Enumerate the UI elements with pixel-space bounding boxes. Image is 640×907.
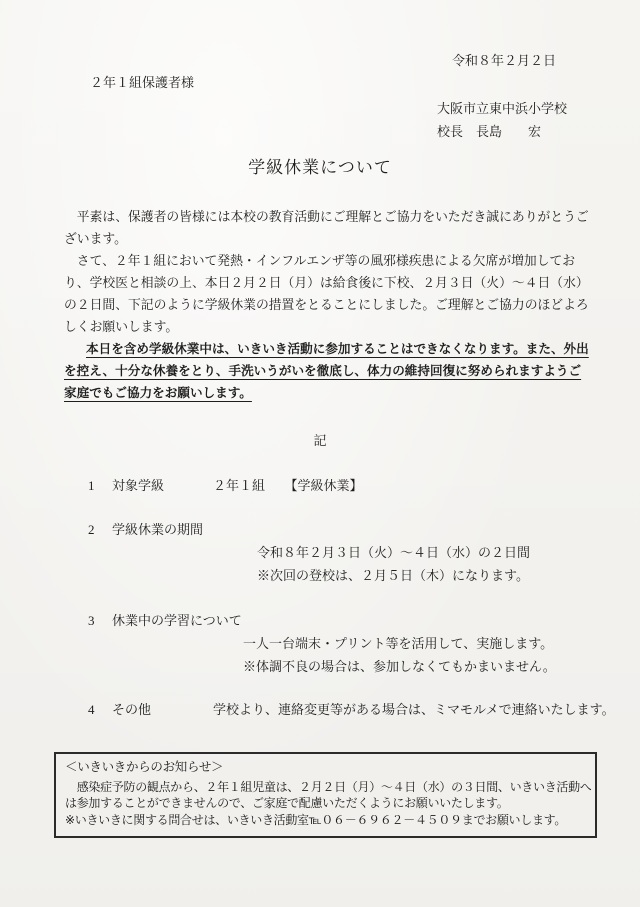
item-detail-line: 令和８年２月３日（火）～４日（水）の２日間	[257, 542, 530, 565]
item-detail-lines: 令和８年２月３日（火）～４日（水）の２日間 ※次回の登校は、２月５日（木）になり…	[88, 542, 530, 587]
scanned-letter-page: 令和８年２月２日 ２年１組保護者様 大阪市立東中浜小学校 校長 長島 宏 学級休…	[0, 0, 640, 907]
body-line: さて、２年１組において発熱・インフルエンザ等の風邪様疾患による欠席が増加してお	[64, 250, 604, 272]
notice-contact-line: ※いきいきに関する問合せは、いきいき活動室℡０６－６９６２－４５０９までお願いし…	[65, 812, 586, 829]
principal-name: 校長 長島 宏	[437, 121, 541, 140]
item-study-during-closure: 3休業中の学習について 一人一台端末・プリント等を活用して、実施します。 ※体調…	[88, 610, 556, 678]
opening-paragraph: 平素は、保護者の皆様には本校の教育活動にご理解とご協力をいただき誠にありがとうご…	[64, 206, 604, 250]
item-number: 1	[88, 478, 112, 494]
notice-heading: ＜いきいきからのお知らせ＞	[65, 759, 586, 776]
item-closure-period: 2学級休業の期間 令和８年２月３日（火）～４日（水）の２日間 ※次回の登校は、２…	[88, 519, 530, 587]
notice-body-line: は参加することができませんので、ご家庭で配慮いただくようにお願いいたします。	[65, 795, 586, 812]
body-line: ざいます。	[64, 228, 604, 250]
recipient-line: ２年１組保護者様	[90, 72, 194, 91]
emphasized-warning-paragraph: 本日を含め学級休業中は、いきいき活動に参加することはできなくなります。また、外出…	[64, 338, 604, 404]
item-label: 休業中の学習について	[112, 610, 242, 629]
body-line-bold-underline: を控え、十分な休養をとり、手洗いうがいを徹底し、体力の維持回復に努められますよう…	[64, 360, 604, 382]
item-value: ２年１組 【学級休業】	[213, 478, 363, 493]
item-detail-line: ※体調不良の場合は、参加しなくてもかまいません。	[243, 656, 556, 679]
body-line-bold-underline: 本日を含め学級休業中は、いきいき活動に参加することはできなくなります。また、外出	[64, 338, 604, 360]
document-title: 学級休業について	[0, 153, 640, 178]
body-line-bold-underline: 家庭でもご協力をお願いします。	[64, 382, 604, 404]
issue-date: 令和８年２月２日	[452, 50, 556, 69]
item-number: 3	[88, 613, 112, 629]
body-line: 平素は、保護者の皆様には本校の教育活動にご理解とご協力をいただき誠にありがとうご	[64, 206, 604, 228]
item-head: 4その他学校より、連絡変更等がある場合は、ミマモルメで連絡いたします。	[88, 699, 615, 718]
item-label: その他	[112, 699, 213, 718]
body-line: しくお願いします。	[64, 316, 604, 338]
item-number: 4	[88, 702, 112, 718]
item-detail-line: 一人一台端末・プリント等を活用して、実施します。	[243, 633, 556, 656]
item-head: 3休業中の学習について	[88, 610, 556, 629]
item-number: 2	[88, 522, 112, 538]
school-name: 大阪市立東中浜小学校	[437, 98, 567, 117]
body-line: の２日間、下記のように学級休業の措置をとることにしました。ご理解とご協力のほどよ…	[64, 294, 604, 316]
letter-body: 平素は、保護者の皆様には本校の教育活動にご理解とご協力をいただき誠にありがとうご…	[64, 206, 604, 404]
ki-record-marker: 記	[0, 430, 640, 449]
item-target-class: 1対象学級２年１組 【学級休業】	[88, 475, 363, 494]
ikiiki-notice-box: ＜いきいきからのお知らせ＞ 感染症予防の観点から、２年１組児童は、２月２日（月）…	[54, 752, 597, 838]
item-head: 1対象学級２年１組 【学級休業】	[88, 475, 363, 494]
item-other: 4その他学校より、連絡変更等がある場合は、ミマモルメで連絡いたします。	[88, 699, 615, 718]
item-head: 2学級休業の期間	[88, 519, 530, 538]
item-label: 対象学級	[112, 475, 213, 494]
item-label: 学級休業の期間	[112, 519, 203, 538]
item-detail-line: ※次回の登校は、２月５日（木）になります。	[257, 565, 530, 588]
body-line: り、学校医と相談の上、本日２月２日（月）は給食後に下校、２月３日（火）～４日（水…	[64, 272, 604, 294]
item-detail-lines: 一人一台端末・プリント等を活用して、実施します。 ※体調不良の場合は、参加しなく…	[88, 633, 556, 678]
item-value: 学校より、連絡変更等がある場合は、ミマモルメで連絡いたします。	[213, 702, 615, 717]
closure-explanation-paragraph: さて、２年１組において発熱・インフルエンザ等の風邪様疾患による欠席が増加してお …	[64, 250, 604, 338]
notice-body-line: 感染症予防の観点から、２年１組児童は、２月２日（月）～４日（水）の３日間、いきい…	[65, 779, 586, 796]
